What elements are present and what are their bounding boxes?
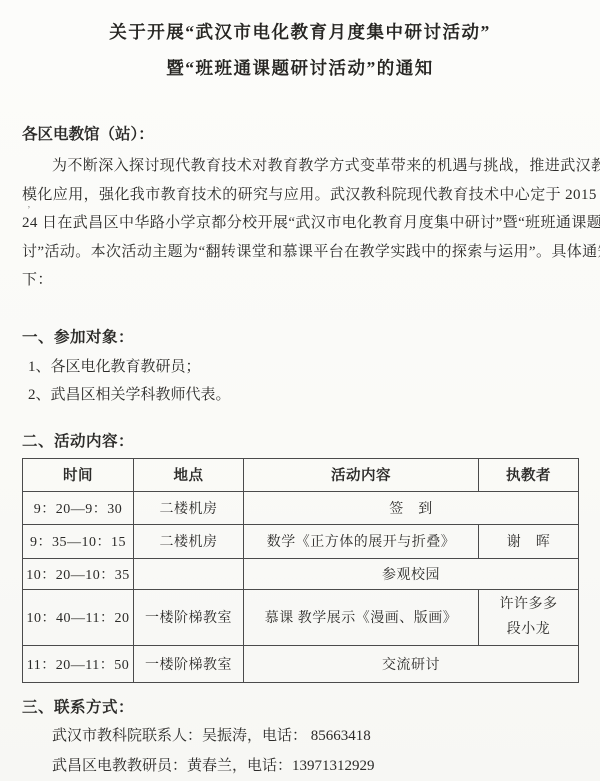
activity-schedule-table: 时间 地点 活动内容 执教者 9：20—9：30 二楼机房 签 到 9：35—1… — [22, 458, 579, 683]
cell-time: 9：20—9：30 — [23, 491, 134, 524]
cell-time: 10：40—11：20 — [23, 589, 134, 645]
list-item: 1、各区电化教育教研员； — [22, 353, 578, 381]
document-title: 关于开展“武汉市电化教育月度集中研讨活动” 暨“班班通课题研讨活动”的通知 — [22, 0, 578, 86]
cell-content: 交流研讨 — [244, 645, 579, 682]
title-line-2: 暨“班班通课题研讨活动”的通知 — [22, 50, 578, 86]
cell-content: 参观校园 — [244, 558, 579, 589]
cell-content: 慕课 教学展示《漫画、版画》 — [244, 589, 479, 645]
cell-time: 11：20—11：50 — [23, 645, 134, 682]
section-1-heading: 一、参加对象： — [22, 327, 578, 349]
cell-content: 签 到 — [244, 491, 579, 524]
title-line-1: 关于开展“武汉市电化教育月度集中研讨活动” — [22, 14, 578, 50]
cell-teacher: 许许多多 段小龙 — [479, 589, 579, 645]
table-row: 10：20—10：35 参观校园 — [23, 558, 579, 589]
paragraph-line: 模化应用，强化我市教育技术的研究与应用。武汉教科院现代教育技术中心定于 2015… — [22, 181, 578, 210]
col-header-time: 时间 — [23, 458, 134, 491]
cell-place — [134, 558, 244, 589]
cell-content: 数学《正方体的展开与折叠》 — [244, 524, 479, 558]
body-paragraph: 为不断深入探讨现代教育技术对教育教学方式变革带来的机遇与挑战，推进武汉教育云规 … — [22, 152, 578, 295]
table-row: 9：35—10：15 二楼机房 数学《正方体的展开与折叠》 谢 晖 — [23, 524, 579, 558]
table-row: 10：40—11：20 一楼阶梯教室 慕课 教学展示《漫画、版画》 许许多多 段… — [23, 589, 579, 645]
cell-place: 二楼机房 — [134, 491, 244, 524]
cell-place: 二楼机房 — [134, 524, 244, 558]
table-row: 9：20—9：30 二楼机房 签 到 — [23, 491, 579, 524]
col-header-content: 活动内容 — [244, 458, 479, 491]
paragraph-line: 24 日在武昌区中华路小学京都分校开展“武汉市电化教育月度集中研讨”暨“班班通课… — [22, 209, 578, 238]
col-header-place: 地点 — [134, 458, 244, 491]
paragraph-line: 下： — [22, 266, 578, 295]
contact-info: 武汉市教科院联系人：吴振涛，电话： 85663418 武昌区电教教研员：黄春兰，… — [22, 721, 578, 781]
paragraph-line: 为不断深入探讨现代教育技术对教育教学方式变革带来的机遇与挑战，推进武汉教育云规 — [22, 152, 578, 181]
notice-document: 关于开展“武汉市电化教育月度集中研讨活动” 暨“班班通课题研讨活动”的通知 各区… — [0, 0, 600, 781]
cell-time: 10：20—10：35 — [23, 558, 134, 589]
table-header-row: 时间 地点 活动内容 执教者 — [23, 458, 579, 491]
section-3-heading: 三、联系方式： — [22, 697, 578, 719]
scan-artifact-mark: ’ — [27, 204, 31, 216]
cell-time: 9：35—10：15 — [23, 524, 134, 558]
cell-teacher: 谢 晖 — [479, 524, 579, 558]
cell-place: 一楼阶梯教室 — [134, 645, 244, 682]
contact-line: 武昌区电教教研员：黄春兰，电话：13971312929 — [22, 751, 578, 781]
list-item: 2、武昌区相关学科教师代表。 — [22, 381, 578, 409]
cell-place: 一楼阶梯教室 — [134, 589, 244, 645]
table-row: 11：20—11：50 一楼阶梯教室 交流研讨 — [23, 645, 579, 682]
col-header-teacher: 执教者 — [479, 458, 579, 491]
participants-list: 1、各区电化教育教研员； 2、武昌区相关学科教师代表。 — [22, 353, 578, 409]
section-2-heading: 二、活动内容： — [22, 431, 578, 453]
salutation: 各区电教馆（站）： — [22, 124, 578, 146]
contact-line: 武汉市教科院联系人：吴振涛，电话： 85663418 — [22, 721, 578, 751]
paragraph-line: 讨”活动。本次活动主题为“翻转课堂和慕课平台在教学实践中的探索与运用”。具体通知… — [22, 238, 578, 267]
